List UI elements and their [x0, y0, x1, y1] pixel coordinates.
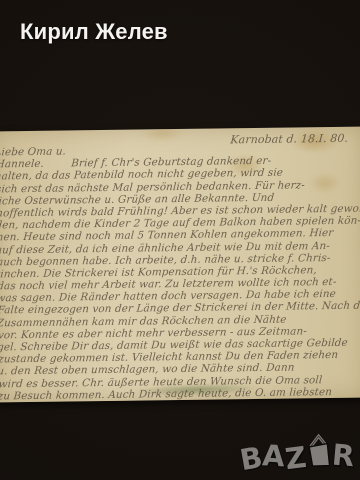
- letter-body: Liebe Oma u.Hannele. Brief f. Chr's Gebu…: [0, 142, 360, 403]
- bazar-letter: A: [262, 441, 286, 471]
- bazar-logo: B A Z R: [239, 434, 354, 474]
- seller-name: Кирил Желев: [20, 19, 168, 45]
- bazar-letter: Z: [283, 443, 307, 474]
- postcard-photo: Karnobat d. 18.I. 80. Liebe Oma u.Hannel…: [0, 127, 360, 403]
- bazar-letter: R: [331, 440, 356, 471]
- listing-photo-view: Кирил Желев Karnobat d. 18.I. 80. Liebe …: [0, 0, 360, 480]
- shopping-bag-a-icon: [306, 432, 331, 469]
- paper-stain: [140, 127, 184, 142]
